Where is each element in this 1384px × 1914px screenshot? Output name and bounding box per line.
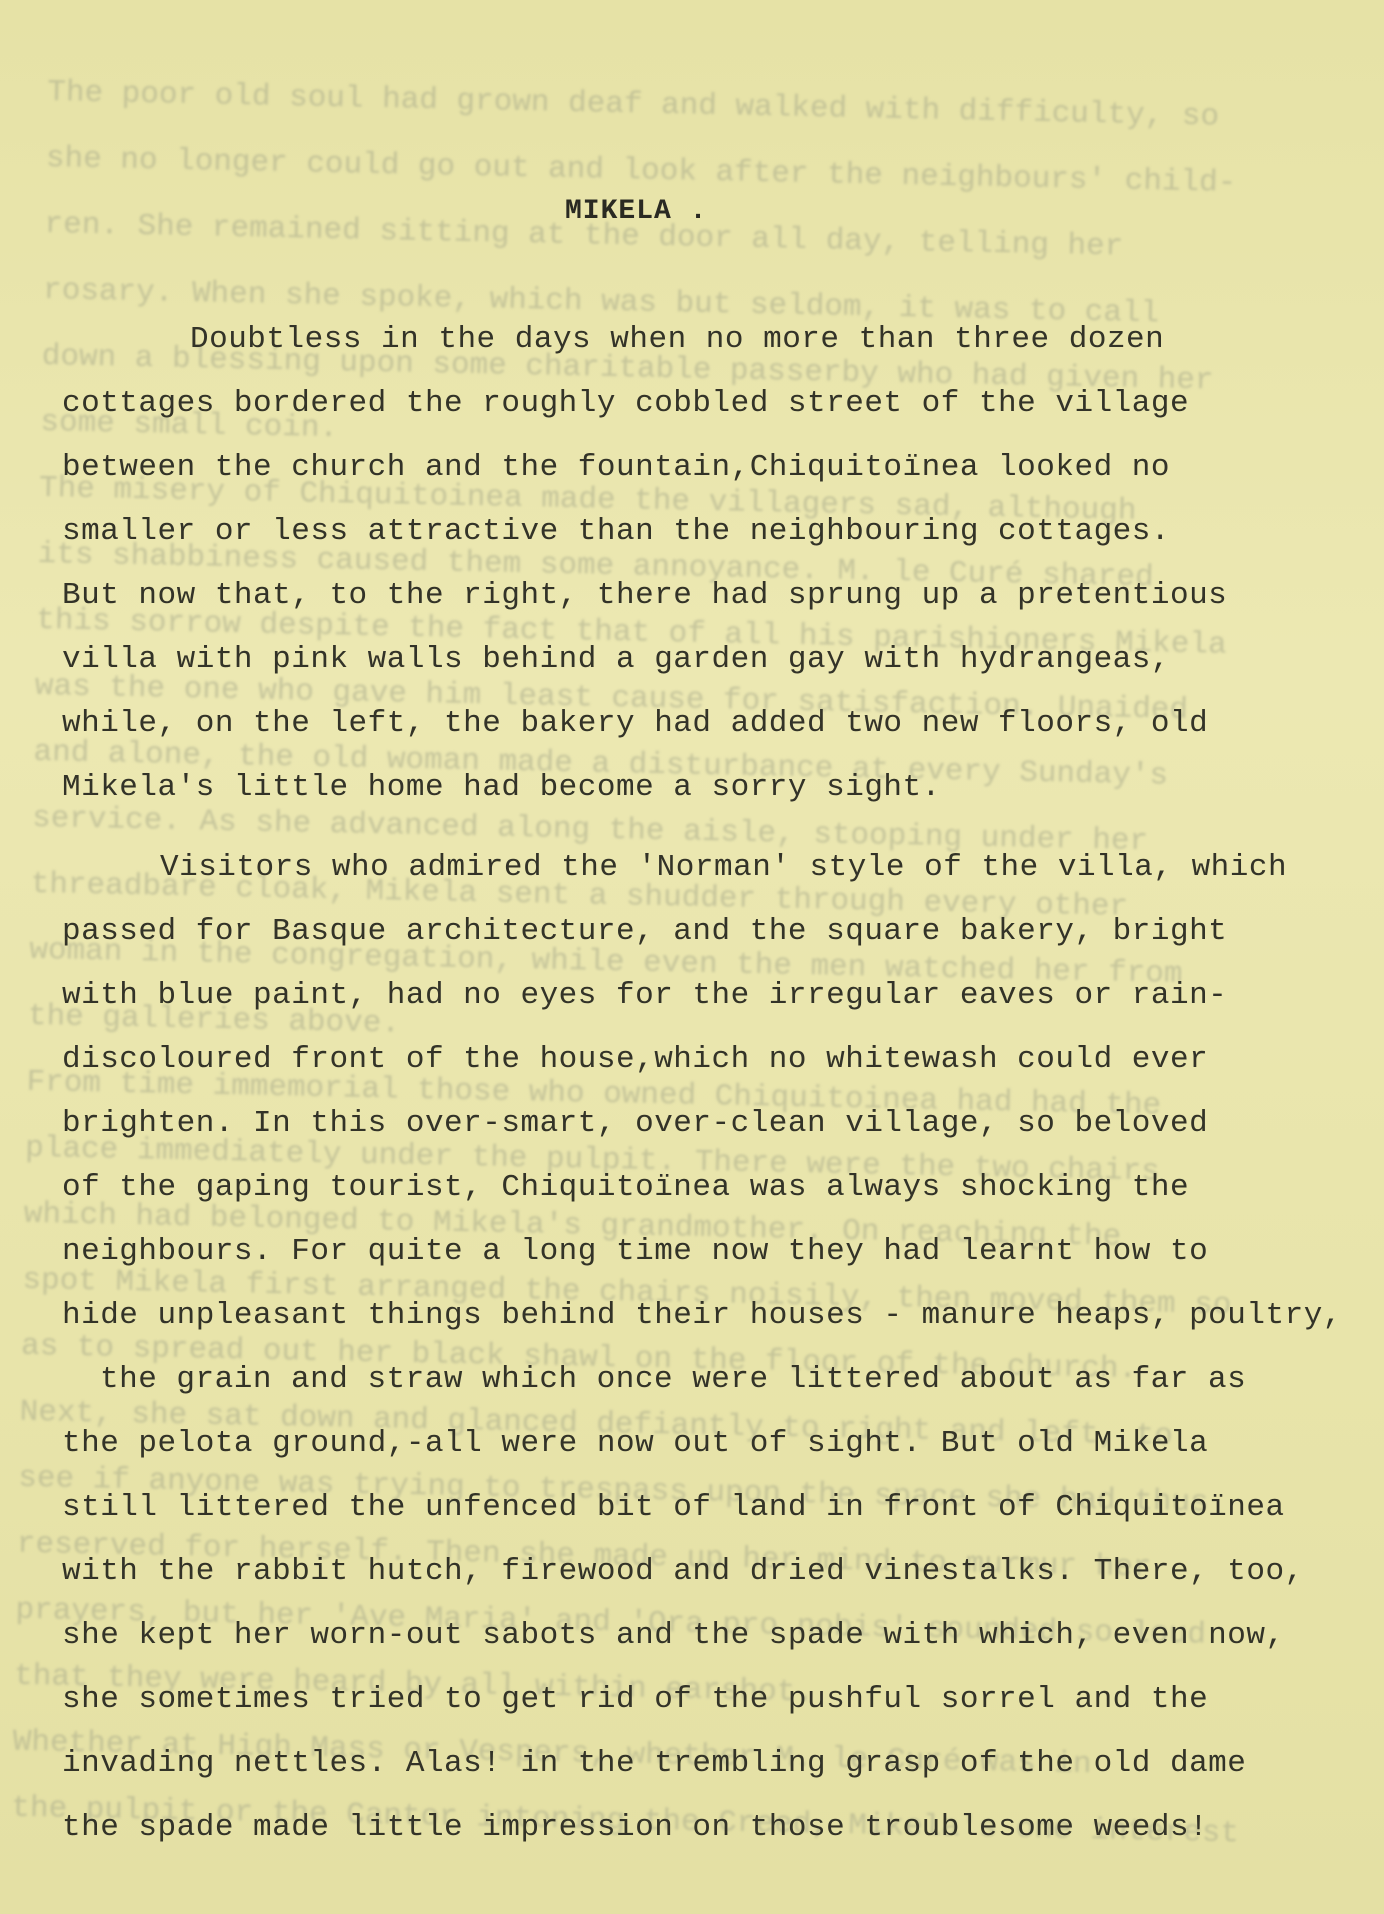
text-line: while, on the left, the bakery had added… bbox=[62, 706, 1208, 741]
text-line: she kept her worn-out sabots and the spa… bbox=[62, 1618, 1285, 1653]
text-line: the pelota ground,-all were now out of s… bbox=[62, 1426, 1208, 1461]
text-line: cottages bordered the roughly cobbled st… bbox=[62, 386, 1189, 421]
text-line: the spade made little impression on thos… bbox=[62, 1810, 1208, 1845]
text-line: Doubtless in the days when no more than … bbox=[190, 322, 1164, 357]
text-line: between the church and the fountain,Chiq… bbox=[62, 450, 1170, 485]
text-line: of the gaping tourist, Chiquitoïnea was … bbox=[62, 1170, 1189, 1205]
text-line: But now that, to the right, there had sp… bbox=[62, 578, 1227, 613]
text-line: hide unpleasant things behind their hous… bbox=[62, 1298, 1342, 1333]
text-line: smaller or less attractive than the neig… bbox=[62, 514, 1170, 549]
text-line: villa with pink walls behind a garden ga… bbox=[62, 642, 1170, 677]
text-line: the grain and straw which once were litt… bbox=[100, 1362, 1246, 1397]
text-line: she sometimes tried to get rid of the pu… bbox=[62, 1682, 1208, 1717]
text-line: with blue paint, had no eyes for the irr… bbox=[62, 978, 1227, 1013]
text-line: discoloured front of the house,which no … bbox=[62, 1042, 1208, 1077]
text-line: brighten. In this over-smart, over-clean… bbox=[62, 1106, 1208, 1141]
text-line: still littered the unfenced bit of land … bbox=[62, 1490, 1285, 1525]
text-line: Visitors who admired the 'Norman' style … bbox=[160, 850, 1287, 885]
text-line: neighbours. For quite a long time now th… bbox=[62, 1234, 1208, 1269]
text-line: invading nettles. Alas! in the trembling… bbox=[62, 1746, 1246, 1781]
text-line: with the rabbit hutch, firewood and drie… bbox=[62, 1554, 1304, 1589]
text-line: passed for Basque architecture, and the … bbox=[62, 914, 1227, 949]
typewritten-page: The poor old soul had grown deaf and wal… bbox=[0, 0, 1384, 1914]
text-line: Mikela's little home had become a sorry … bbox=[62, 770, 941, 805]
page-title: MIKELA . bbox=[565, 196, 707, 227]
